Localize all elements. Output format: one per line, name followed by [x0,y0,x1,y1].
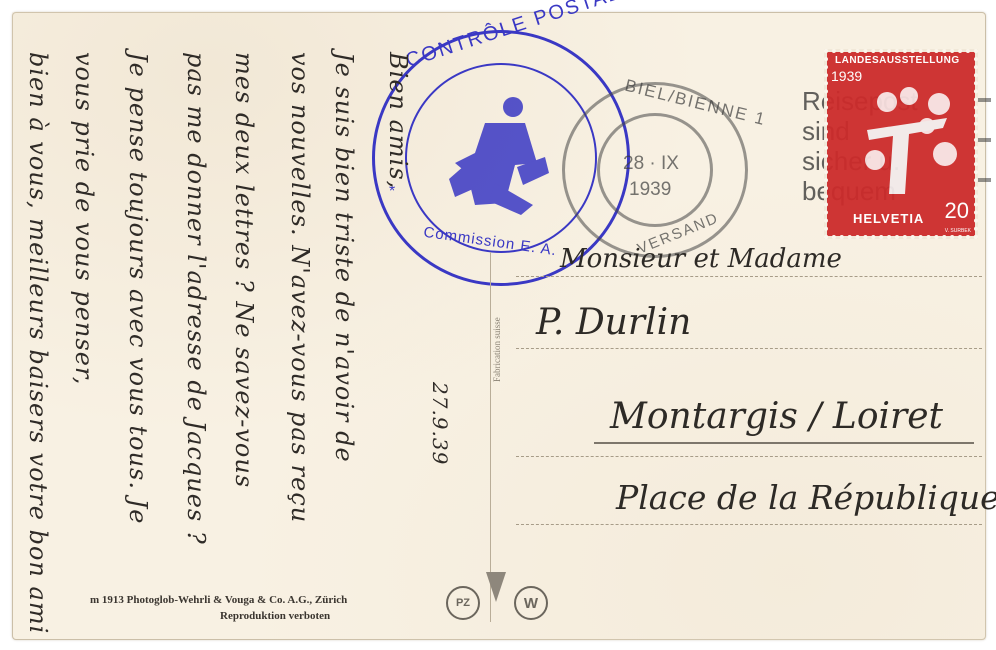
stamp-top-text: LANDESAUSSTELLUNG [835,55,960,66]
postcard-back: CONTRÔLE POSTAL Commission E. A. * BIEL/… [12,12,986,640]
stamp-designer: V. SURBEK [945,228,971,234]
address-rule [516,524,982,525]
address-line-1: Monsieur et Madame [560,244,842,274]
stamp-value: 20 [945,198,969,224]
address-rule [516,456,982,457]
flowering-tree-icon [847,82,967,202]
cancel-bar [977,138,991,142]
reproduction-line: Reproduktion verboten [220,610,330,622]
address-rule [516,276,982,277]
fabrication-label: Fabrication suisse [492,317,502,382]
message-line: vous prie de vous penser, [70,52,98,385]
v-logo-icon [486,572,506,602]
cancel-bar [977,178,991,182]
censor-stamp-top-text: CONTRÔLE POSTAL [403,0,623,73]
address-line-4: Place de la République [616,478,996,517]
message-line: Je pense toujours avec vous tous. Je [124,52,152,524]
pz-logo-text: PZ [456,597,470,609]
message-line: Bien amis, [384,52,412,189]
address-line-2: P. Durlin [536,302,691,343]
address-rule [516,348,982,349]
postmark-year: 1939 [629,179,671,201]
message-line: mes deux lettres ? Ne savez-vous [230,52,258,488]
stamp-country: HELVETIA [853,211,924,226]
message-date: 27.9.39 [428,382,452,465]
message-line: Je suis bien triste de n'avoir de [330,52,358,463]
message-line: pas me donner l'adresse de Jacques ? [182,52,210,545]
cancel-bar [977,98,991,102]
w-logo-icon: W [514,586,548,620]
postmark: BIEL/BIENNE 1 28 · IX 1939 VERSAND [562,82,748,258]
postmark-date: 28 · IX [623,153,679,175]
postage-stamp: LANDESAUSSTELLUNG 1939 HELVETIA 20 V. SU… [827,52,975,236]
publisher-line: m 1913 Photoglob-Wehrli & Vouga & Co. A.… [90,594,347,606]
message-line: bien à vous, meilleurs baisers votre bon… [24,52,52,634]
address-line-3: Montargis / Loiret [610,396,943,437]
pz-logo-icon: PZ [446,586,480,620]
w-logo-text: W [524,595,538,612]
seated-figure-emblem-icon [445,93,555,223]
message-line: vos nouvelles. N'avez-vous pas reçu [286,52,314,523]
address-rule-underline [594,442,974,444]
center-divider [490,252,491,622]
